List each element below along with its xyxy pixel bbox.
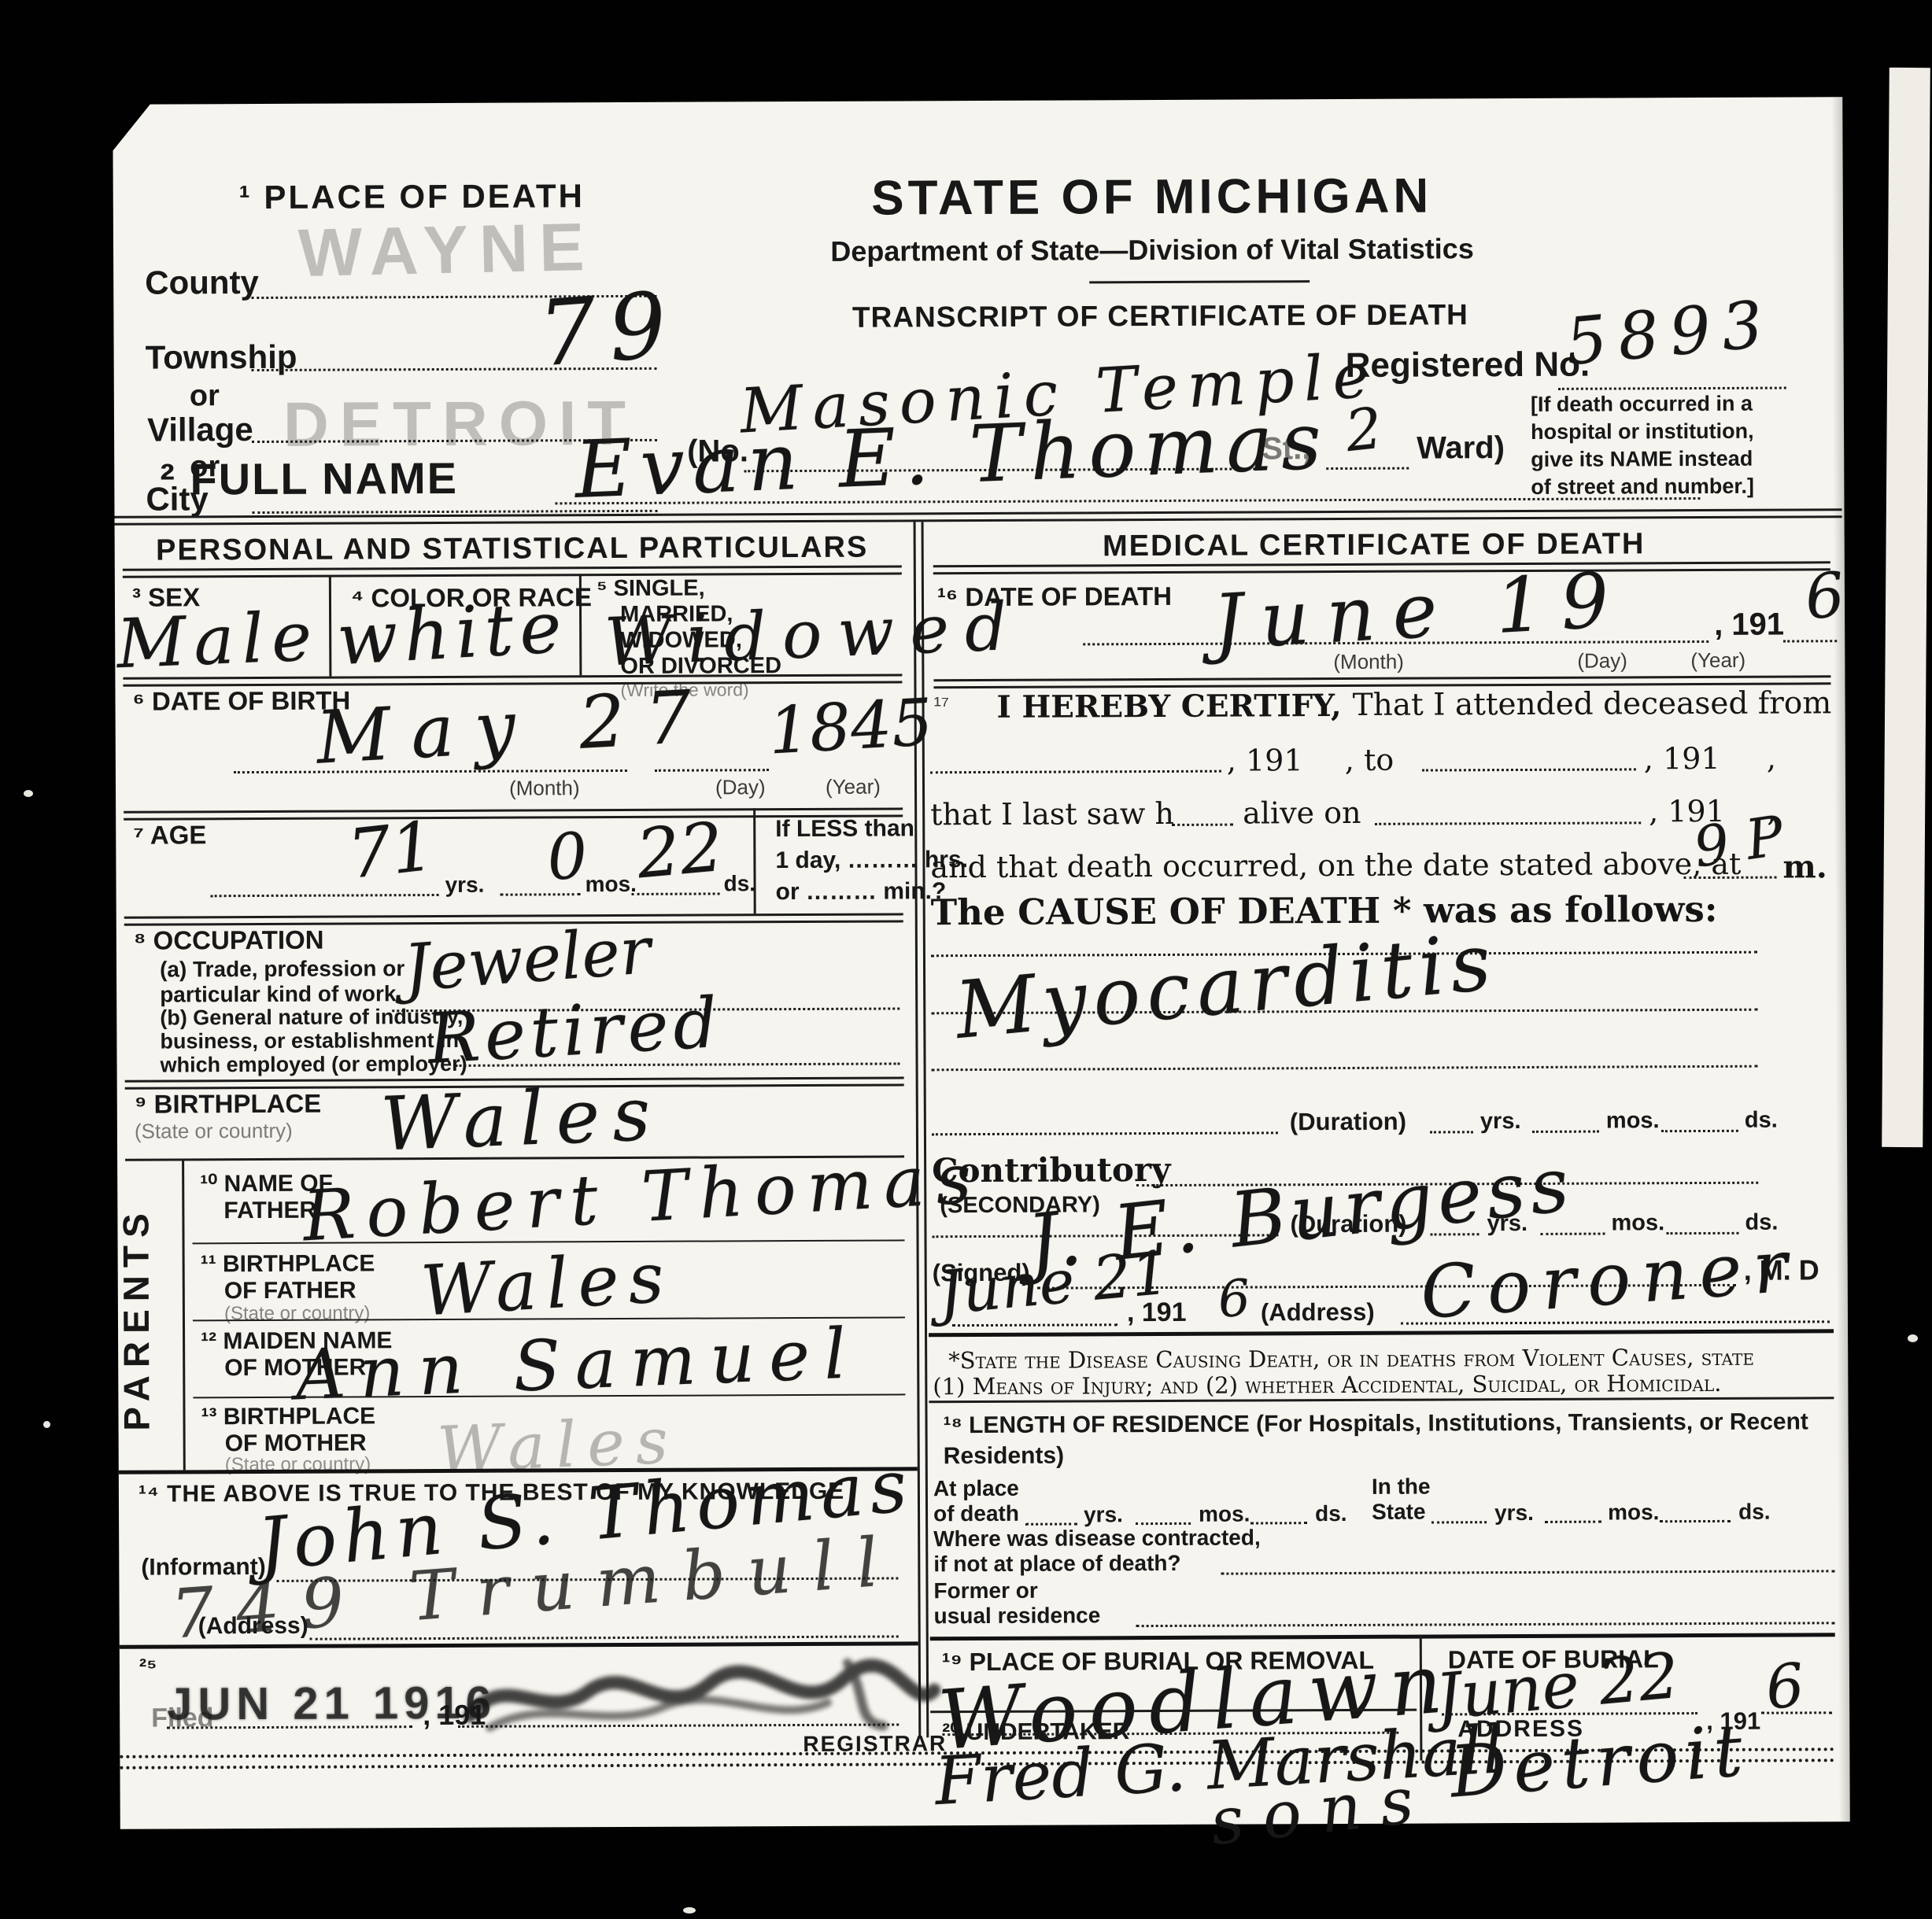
full-name-value: Evan E. Thomas (573, 394, 1331, 516)
mos-caption: mos. (585, 872, 636, 897)
res-ds2: ds. (1738, 1500, 1771, 1525)
res-yrs1: yrs. (1084, 1502, 1123, 1527)
dob-value: May 27 (314, 673, 715, 780)
age-subbox-divider (753, 808, 756, 913)
where-contracted-label2: if not at place of death? (933, 1551, 1180, 1577)
occupation-b-label1: (b) General nature of industry, (160, 1005, 463, 1031)
res-ds1: ds. (1315, 1501, 1347, 1526)
dod-year-handwriting: 6 (1802, 559, 1848, 633)
alive-on-line (1375, 821, 1641, 825)
in-the-label2: State (1372, 1500, 1426, 1525)
birthplace-value: Wales (379, 1072, 664, 1168)
father-birthplace-label1: ¹¹ BIRTHPLACE (201, 1250, 375, 1278)
comma-1: , (1767, 741, 1776, 776)
last-saw-text: that I last saw h (930, 796, 1174, 832)
birthplace-caption: (State or country) (135, 1119, 293, 1144)
attended-to-191: , 191 (1644, 741, 1720, 776)
duration2-yrs-caption: yrs. (1487, 1211, 1527, 1237)
dust-speck (1908, 1334, 1918, 1342)
certify-rest: That I attended deceased from (1353, 685, 1832, 724)
in-the-label1: In the (1372, 1474, 1431, 1500)
filed-box-number: ²⁵ (139, 1655, 157, 1680)
dod-year-print: , 191 (1714, 607, 1784, 643)
birthplace-label: ⁹ BIRTHPLACE (135, 1089, 322, 1120)
duration-lead-line (932, 1131, 1278, 1135)
father-birthplace-label2: OF FATHER (224, 1277, 356, 1305)
duration-yrs-caption: yrs. (1480, 1109, 1521, 1135)
dust-speck (43, 1421, 50, 1428)
parents-vertical-label: PARENTS (114, 1165, 163, 1472)
adjacent-page-edge (1882, 68, 1930, 1147)
duration-mos-caption: mos. (1606, 1108, 1660, 1134)
cell-divider (329, 576, 332, 677)
age-label: ⁷ AGE (133, 820, 206, 850)
death-occurred-text: and that death occurred, on the date sta… (930, 847, 1741, 884)
dod-year-line (1783, 640, 1837, 642)
residence-label: ¹⁸ LENGTH OF RESIDENCE (For Hospitals, I… (943, 1406, 1816, 1471)
m-label: m. (1782, 848, 1827, 885)
former-residence-line (1136, 1622, 1835, 1627)
former-residence-label1: Former or (933, 1578, 1037, 1604)
dust-speck (24, 790, 33, 797)
age-months-value: 0 (545, 819, 590, 895)
age-ds-line (632, 892, 720, 895)
where-contracted-label1: Where was disease contracted, (933, 1525, 1261, 1552)
occupation-a-label2: particular kind of work (160, 981, 396, 1007)
cause-of-death-value: Myocarditis (951, 915, 1501, 1057)
former-residence-label2: usual residence (934, 1603, 1101, 1629)
dod-month-caption: (Month) (1333, 650, 1404, 674)
last-saw-blank (1172, 824, 1233, 826)
certify-number: ¹⁷ (933, 692, 949, 718)
res-line (1136, 1522, 1191, 1525)
dust-speck (683, 1907, 696, 1913)
dod-year-caption: (Year) (1690, 648, 1745, 673)
duration-caption-2: (Duration) (1290, 1210, 1406, 1239)
burial-year-line (1761, 1711, 1832, 1714)
or-label-1: or (190, 379, 220, 413)
attended-from-191: , 191 (1227, 743, 1303, 777)
duration2-yrs-line (1431, 1233, 1479, 1235)
year-caption: (Year) (826, 775, 881, 799)
res-mos1: mos. (1199, 1502, 1250, 1527)
section-heavy-rule (929, 1329, 1834, 1337)
sign-191-label: , 191 (1127, 1297, 1187, 1328)
occupation-b-label2: business, or establishment in (160, 1028, 459, 1054)
dob-year-line (655, 769, 769, 772)
sign-date-line (952, 1323, 1117, 1327)
sign-year-handwriting: 6 (1216, 1269, 1252, 1330)
res-line (1025, 1522, 1077, 1525)
parents-divider (182, 1161, 186, 1470)
transcript-title: TRANSCRIPT OF CERTIFICATE OF DEATH (845, 298, 1475, 334)
registered-no-label: Registered No. (1346, 345, 1590, 386)
dob-year-value: 1845 (767, 685, 935, 769)
res-line (1660, 1520, 1731, 1522)
county-label: County (145, 264, 259, 302)
duration2-mos-caption: mos. (1611, 1210, 1664, 1236)
duration-ds-line (1661, 1130, 1738, 1132)
right-column-header: MEDICAL CERTIFICATE OF DEATH (933, 526, 1815, 564)
duration-caption-1: (Duration) (1290, 1108, 1406, 1137)
sign-address-label: (Address) (1261, 1298, 1375, 1327)
attended-from-line (930, 770, 1221, 774)
duration-mos-line (1532, 1131, 1599, 1133)
department-subtitle: Department of State—Division of Vital St… (806, 232, 1498, 268)
sign-address-value: Coroner (1417, 1223, 1801, 1335)
certify-line-1: I HEREBY CERTIFY, That I attended deceas… (996, 685, 1831, 725)
age-days-value: 22 (634, 808, 726, 895)
date-of-death-label: ¹⁶ DATE OF DEATH (937, 581, 1172, 612)
duration-ds-caption: ds. (1745, 1108, 1778, 1134)
ds-caption: ds. (723, 871, 755, 896)
duration-yrs-line (1430, 1131, 1473, 1133)
time-line (1684, 876, 1777, 880)
res-line (1545, 1521, 1601, 1523)
dod-day-caption: (Day) (1577, 648, 1627, 673)
where-contracted-line (1221, 1570, 1834, 1574)
time-of-death-value: 9 P (1690, 803, 1787, 880)
mother-birthplace-label1: ¹³ BIRTHPLACE (201, 1403, 375, 1430)
res-line (1250, 1522, 1307, 1524)
ward-line (1326, 467, 1409, 470)
footnote-line2: (1) Means of Injury; and (2) whether Acc… (933, 1370, 1721, 1400)
res-line (1431, 1521, 1487, 1523)
age-years-value: 71 (344, 807, 438, 895)
day-caption: (Day) (715, 775, 766, 799)
alive-on-text: alive on (1243, 795, 1361, 831)
certificate-paper: ¹ PLACE OF DEATH WAYNE County Township 7… (113, 97, 1850, 1829)
ward-value-handwriting: 2 (1343, 395, 1386, 464)
res-yrs2: yrs. (1494, 1500, 1534, 1526)
informant-address-label: (Address) (198, 1613, 308, 1640)
occupation-label: ⁸ OCCUPATION (134, 925, 324, 956)
county-stamp: WAYNE (297, 209, 597, 293)
attended-to-line (1422, 768, 1636, 771)
cause-line-3 (932, 1065, 1758, 1072)
village-label: Village (147, 411, 253, 449)
scanned-death-certificate: ¹ PLACE OF DEATH WAYNE County Township 7… (0, 0, 1932, 1919)
hospital-note: [If death occurred in a hospital or inst… (1531, 390, 1771, 502)
header-divider (1089, 280, 1310, 283)
ward-label: Ward) (1417, 430, 1505, 466)
township-value-handwriting: 79 (535, 272, 683, 388)
left-column-header: PERSONAL AND STATISTICAL PARTICULARS (139, 531, 886, 568)
age-yrs-line (211, 894, 439, 897)
certify-bold: I HEREBY CERTIFY, (996, 688, 1341, 725)
month-caption: (Month) (509, 776, 580, 800)
state-title: STATE OF MICHIGAN (822, 168, 1483, 227)
registered-no-value: 5893 (1563, 286, 1777, 380)
duration2-mos-line (1541, 1233, 1605, 1235)
full-name-label: ² FULL NAME (160, 452, 458, 505)
sex-value: Male (115, 597, 320, 684)
father-birthplace-caption: (State or country) (224, 1302, 371, 1325)
age-mos-line (501, 893, 581, 895)
race-value: white (334, 586, 570, 681)
occupation-b-label3: which employed (or employer) (160, 1052, 467, 1078)
less-than-line3: or ……… min.? (776, 878, 947, 906)
at-place-label2: of death (933, 1501, 1019, 1526)
contributory-label: Contributory (932, 1150, 1171, 1190)
to-label: , to (1345, 743, 1395, 777)
res-mos2: mos. (1608, 1500, 1659, 1525)
less-than-line1: If LESS than (775, 815, 914, 843)
at-place-label1: At place (933, 1476, 1019, 1501)
yrs-caption: yrs. (445, 873, 484, 898)
occupation-a-label1: (a) Trade, profession or (160, 956, 405, 982)
cause-of-death-label: The CAUSE OF DEATH * was as follows: (931, 888, 1718, 933)
